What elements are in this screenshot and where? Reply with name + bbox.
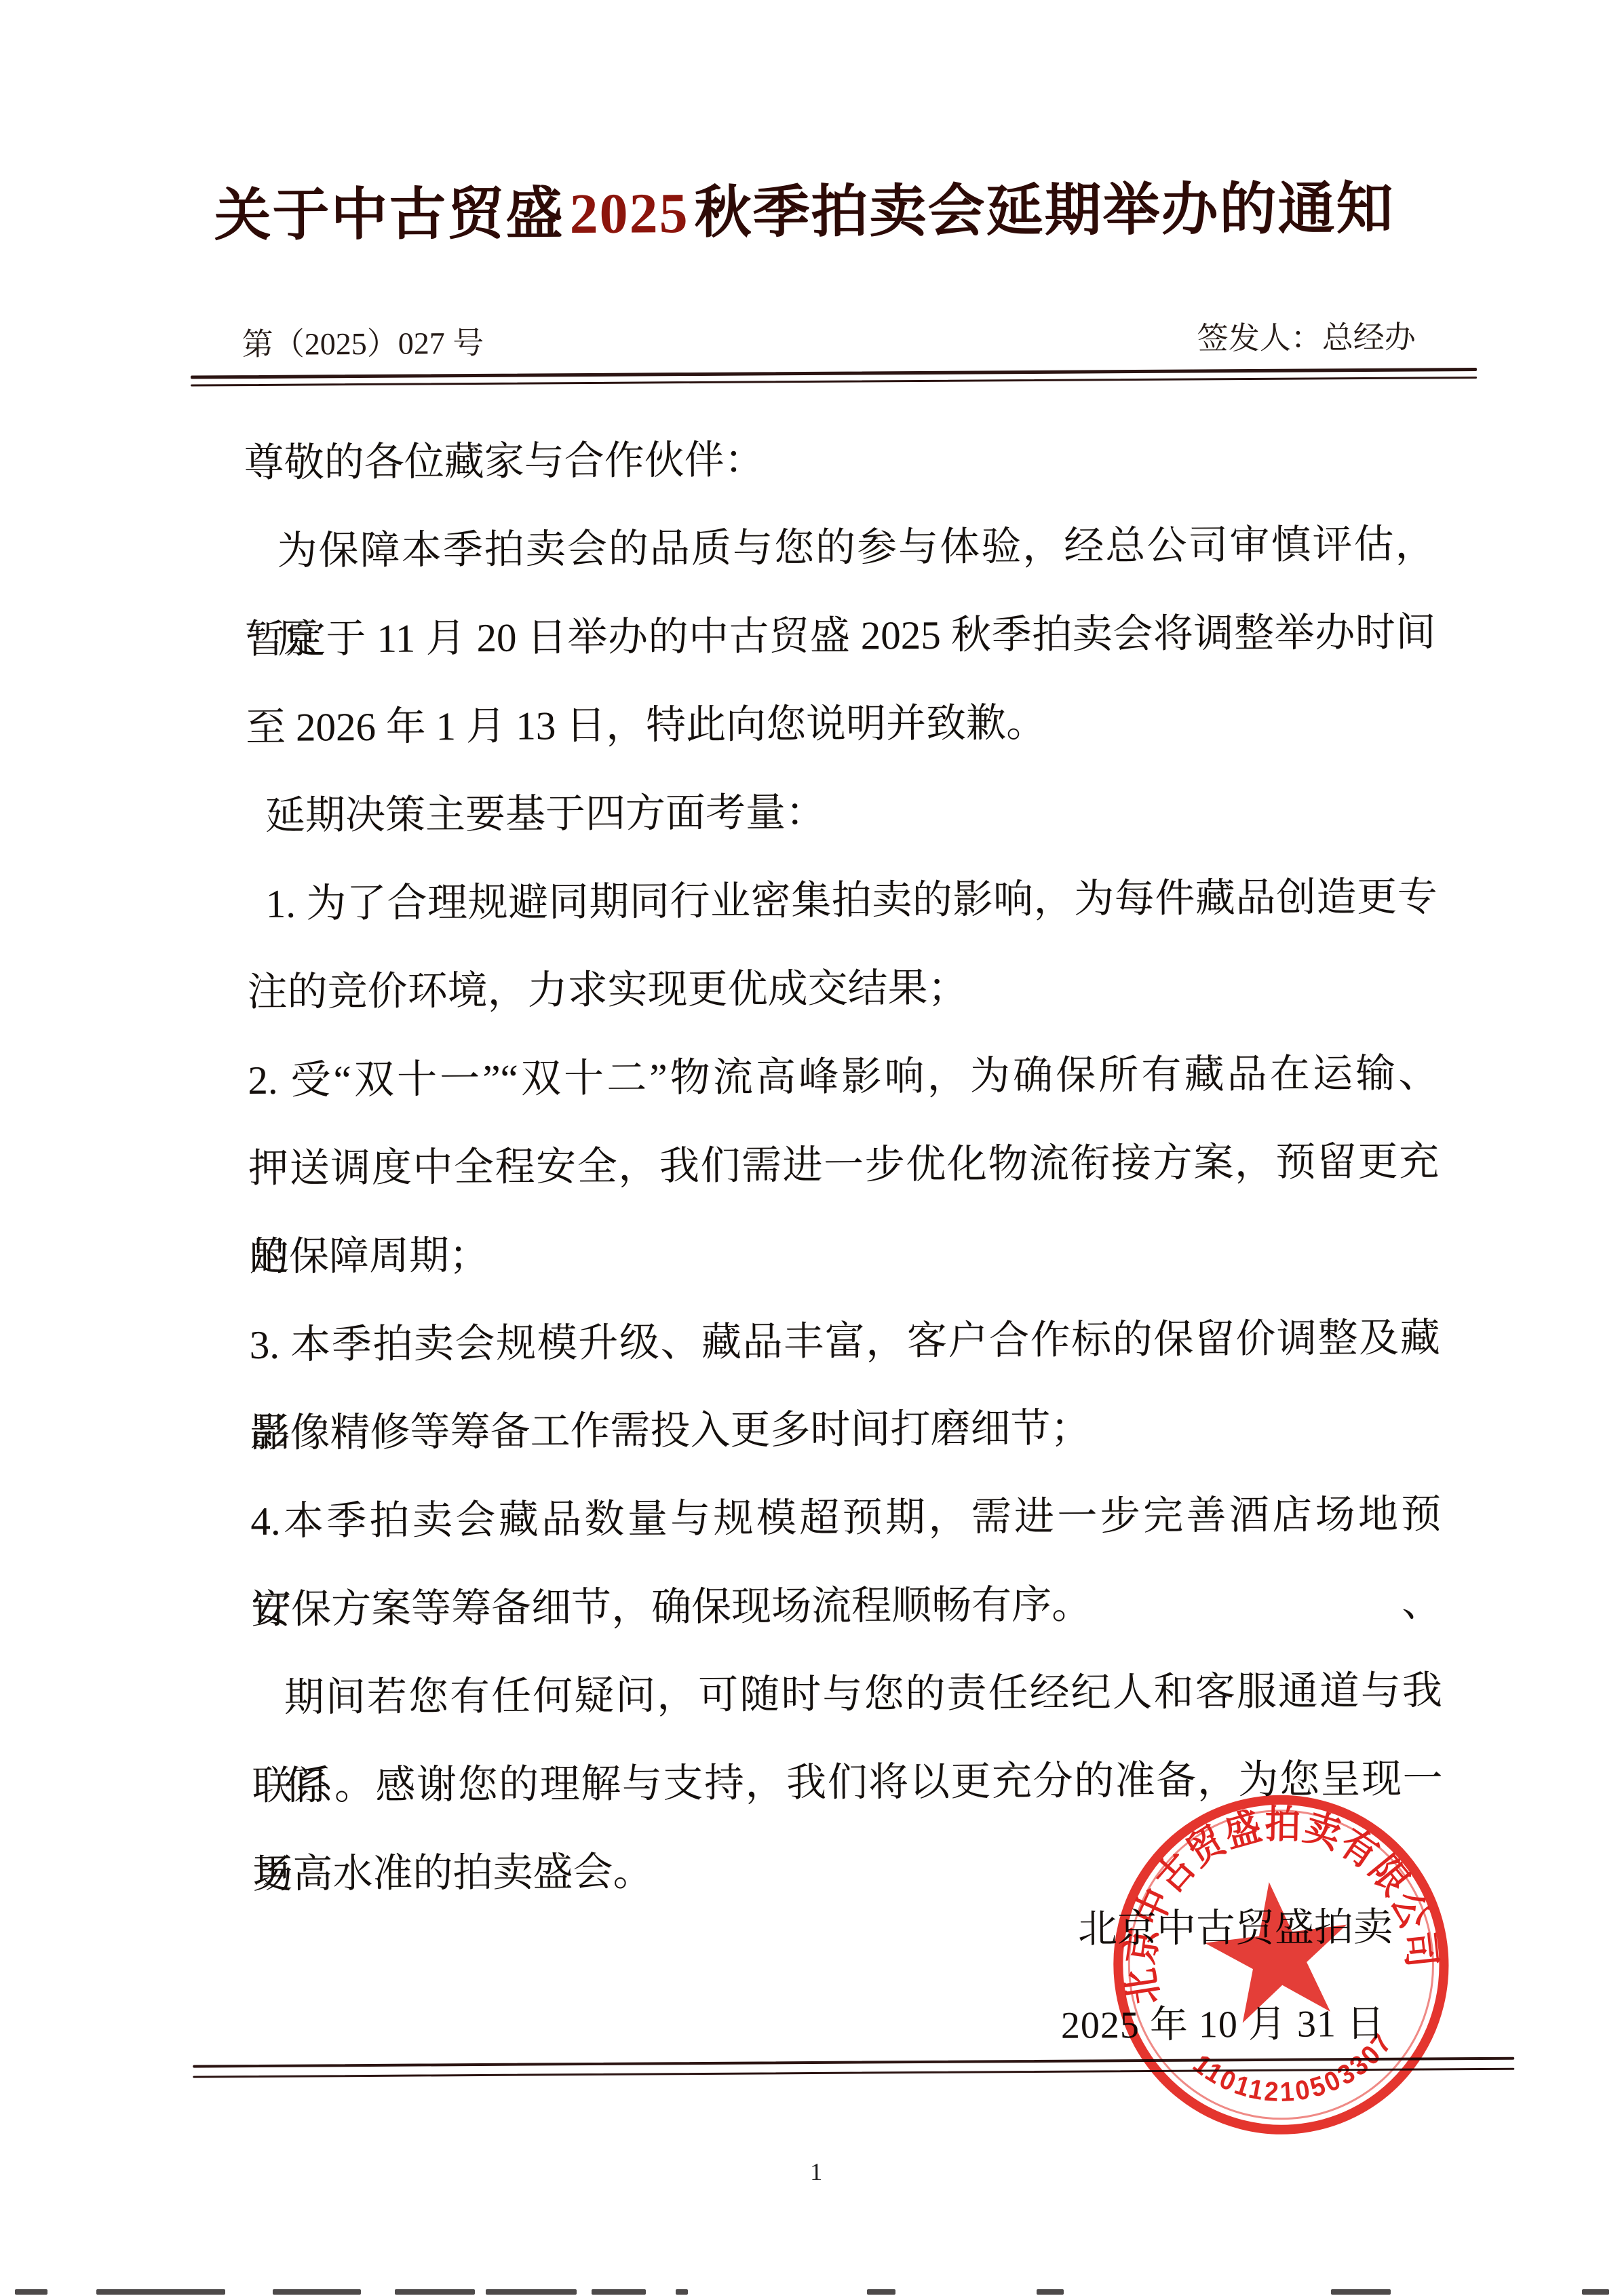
page-title: 关于中古贸盛2025秋季拍卖会延期举办的通知 — [193, 172, 1415, 255]
body-line: 4.本季拍卖会藏品数量与规模超预期，需进一步完善酒店场地预订、 — [250, 1470, 1442, 1565]
scan-edge-artifact — [395, 2289, 475, 2295]
body-line: 暂定于 11 月 20 日举办的中古贸盛 2025 秋季拍卖会将调整举办时间 — [245, 588, 1436, 683]
scan-edge-artifact — [1331, 2289, 1391, 2295]
scan-edge-artifact — [15, 2289, 47, 2295]
scan-edge-artifact — [867, 2289, 895, 2295]
body-line: 尊敬的各位藏家与合作伙伴： — [244, 411, 1435, 507]
title-year: 2025 — [564, 182, 695, 246]
footer-rule-bottom — [193, 2068, 1514, 2078]
body-line: 注的竞价环境，力求实现更优成交结果； — [247, 940, 1438, 1036]
title-suffix: 秋季拍卖会延期举办的通知 — [694, 178, 1395, 245]
scan-edge-artifact — [273, 2289, 361, 2295]
issuer-label: 签发人：总经办 — [1197, 317, 1416, 360]
doc-number: 第（2025）027 号 — [242, 322, 484, 366]
body-line: 至 2026 年 1 月 13 日，特此向您说明并致歉。 — [246, 676, 1437, 771]
body-line: 期间若您有任何疑问，可随时与您的责任经纪人和客服通道与我们 — [252, 1646, 1443, 1742]
signature-company: 北京中古贸盛拍卖 — [1078, 1894, 1393, 1964]
body-line: 3. 本季拍卖会规模升级、藏品丰富，客户合作标的保留价调整及藏品 — [249, 1293, 1440, 1389]
body-line: 押送调度中全程安全，我们需进一步优化物流衔接方案，预留更充足 — [248, 1117, 1440, 1212]
body-text: 尊敬的各位藏家与合作伙伴：为保障本季拍卖会的品质与您的参与体验，经总公司审慎评估… — [244, 411, 1443, 1918]
body-line: 1. 为了合理规避同期同行业密集拍卖的影响，为每件藏品创造更专 — [246, 852, 1438, 948]
scan-edge-artifact — [1037, 2289, 1064, 2295]
body-line: 2. 受“双十一”“双十二”物流高峰影响，为确保所有藏品在运输、 — [248, 1029, 1439, 1124]
document-meta-row: 第（2025）027 号 签发人：总经办 — [242, 317, 1416, 366]
footer-rule-top — [193, 2057, 1514, 2068]
body-line: 的保障周期； — [249, 1205, 1440, 1301]
scan-edge-artifact — [486, 2289, 577, 2295]
body-line: 影像精修等筹备工作需投入更多时间打磨细节； — [250, 1381, 1441, 1477]
scan-edge-artifact — [1582, 2289, 1609, 2295]
signature-date: 2025 年 10 月 31 日 — [1061, 1990, 1386, 2060]
body-line: 为保障本季拍卖会的品质与您的参与体验，经总公司审慎评估，原 — [244, 499, 1435, 595]
body-line: 延期决策主要基于四方面考量： — [246, 764, 1438, 860]
document-page: 关于中古贸盛2025秋季拍卖会延期举办的通知 第（2025）027 号 签发人：… — [0, 0, 1620, 2296]
scan-edge-artifact — [592, 2289, 646, 2295]
scan-edge-artifact — [676, 2289, 688, 2295]
title-prefix: 关于中古贸盛 — [214, 183, 564, 248]
header-rule-bottom — [191, 377, 1477, 387]
scan-edge-artifact — [96, 2289, 225, 2295]
body-line: 联系。感谢您的理解与支持，我们将以更充分的准备，为您呈现一场 — [252, 1734, 1443, 1830]
page-number: 1 — [6, 2151, 1620, 2193]
